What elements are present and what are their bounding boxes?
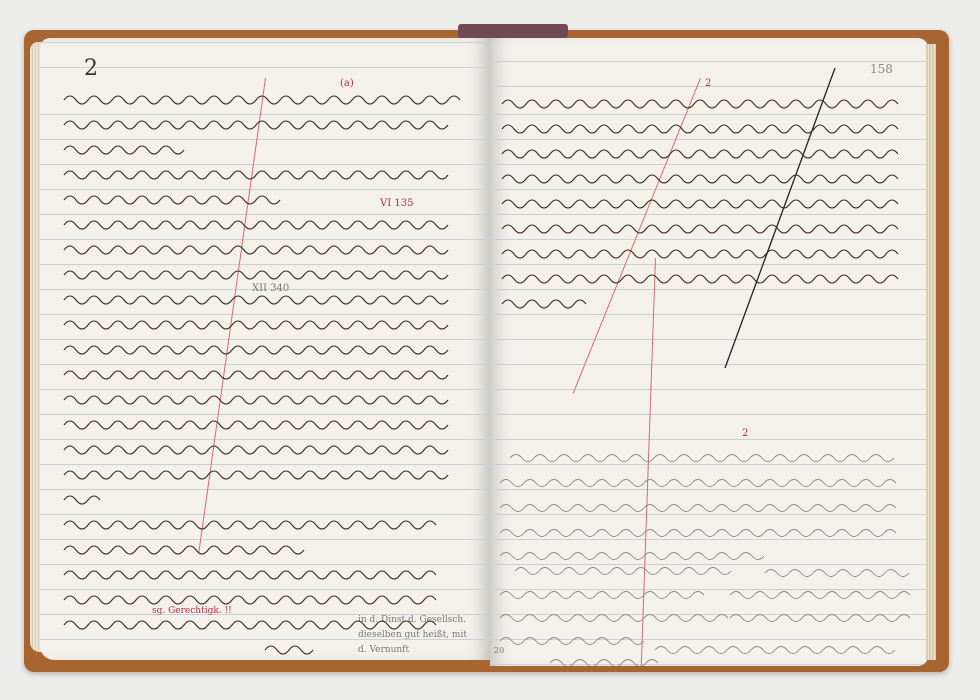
right-page: 158 2 2 20 [490,38,928,666]
handwriting-left [40,38,490,660]
page-edges-right [926,44,936,660]
left-page: 2 (a) VI 135 XII 340 sg. Gerechtigk. !! … [40,38,490,660]
notebook-spine [458,24,568,38]
handwriting-right [490,38,928,666]
